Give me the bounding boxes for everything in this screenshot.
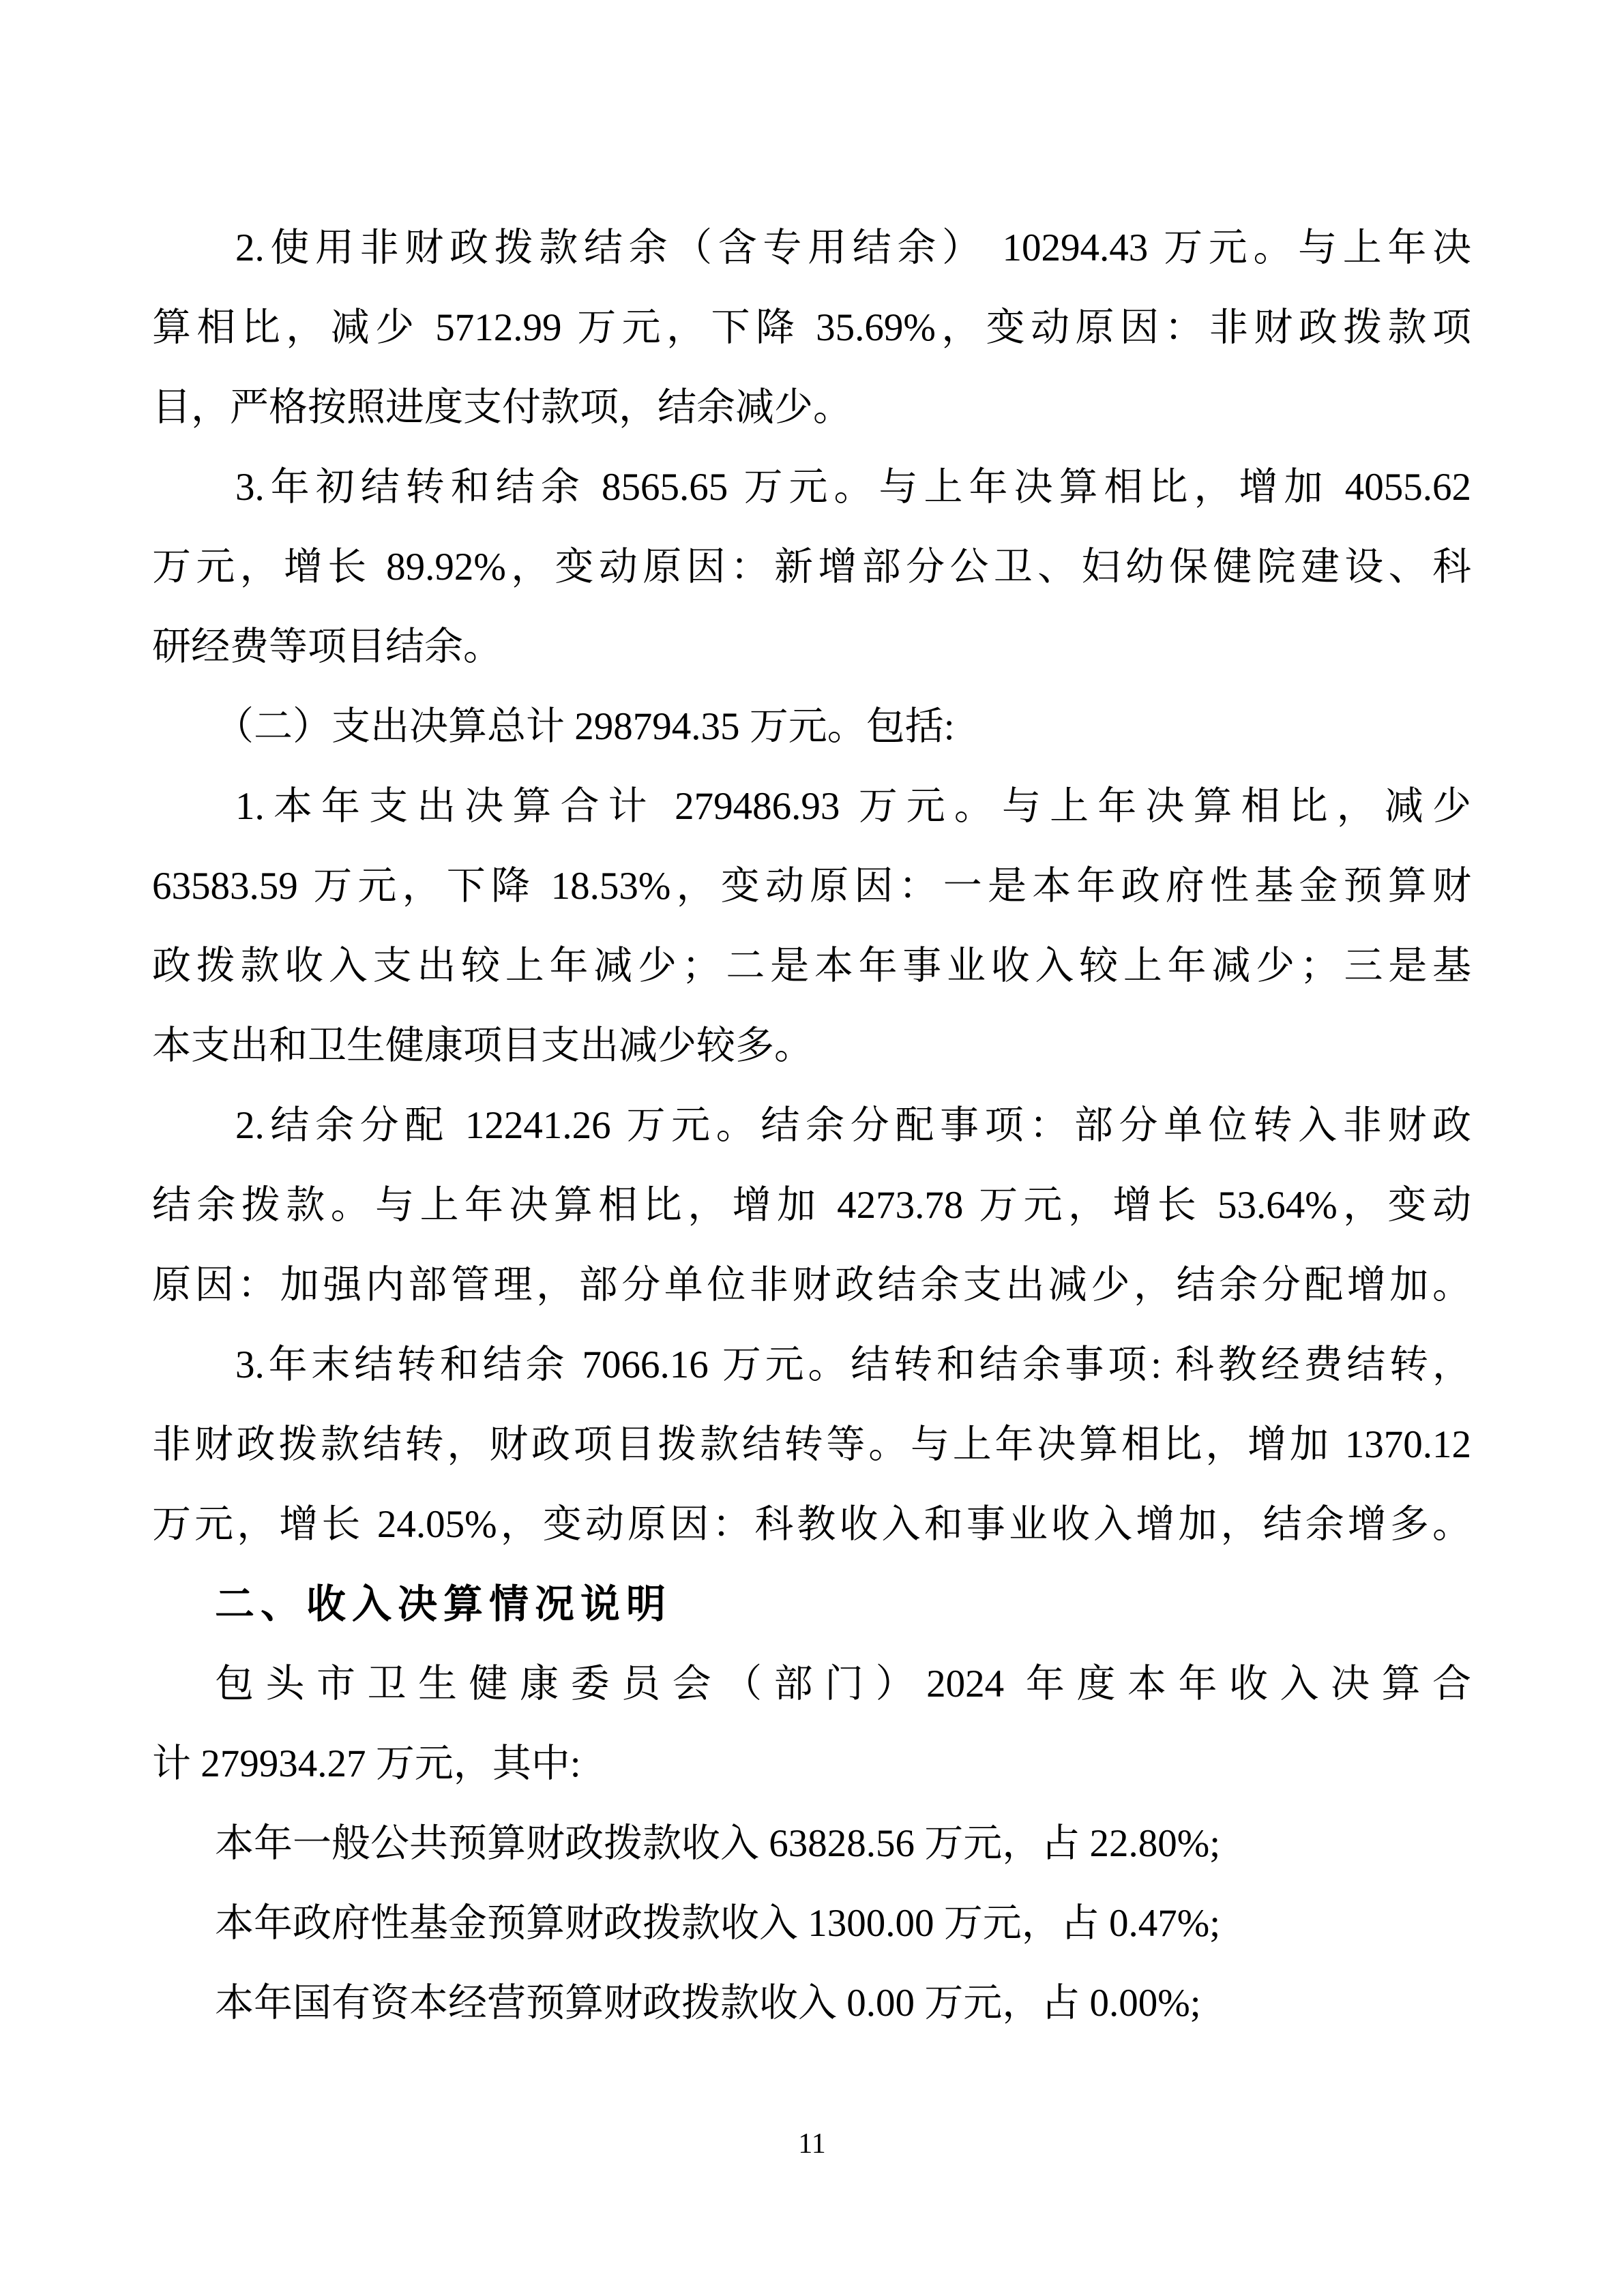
paragraph-line-8: 1.本年支出决算合计 279486.93 万元。与上年决算相比，减少 [152,766,1471,846]
paragraph-line-1: 2.使用非财政拨款结余（含专用结余） 10294.43 万元。与上年决 [152,208,1471,288]
subsection-title-line: （二）支出决算总计 298794.35 万元。包括: [152,687,1471,766]
paragraph-line-12: 2.结余分配 12241.26 万元。结余分配事项：部分单位转入非财政 [152,1086,1471,1165]
document-body: 2.使用非财政拨款结余（含专用结余） 10294.43 万元。与上年决 算相比，… [152,208,1471,2043]
paragraph-line-15: 3.年末结转和结余 7066.16 万元。结转和结余事项: 科教经费结转， [152,1325,1471,1405]
paragraph-line-11: 本支出和卫生健康项目支出减少较多。 [152,1006,1471,1086]
paragraph-line-6: 研经费等项目结余。 [152,607,1471,687]
paragraph-line-10: 政拨款收入支出较上年减少；二是本年事业收入较上年减少；三是基 [152,926,1471,1006]
paragraph-line-9: 63583.59 万元，下降 18.53%，变动原因：一是本年政府性基金预算财 [152,846,1471,926]
paragraph-line-5: 万元，增长 89.92%，变动原因：新增部分公卫、妇幼保健院建设、科 [152,527,1471,607]
paragraph-line-4: 3.年初结转和结余 8565.65 万元。与上年决算相比，增加 4055.62 [152,447,1471,527]
paragraph-line-23: 本年国有资本经营预算财政拨款收入 0.00 万元，占 0.00%; [152,1963,1471,2043]
document-page: 2.使用非财政拨款结余（含专用结余） 10294.43 万元。与上年决 算相比，… [0,0,1624,2296]
paragraph-line-22: 本年政府性基金预算财政拨款收入 1300.00 万元，占 0.47%; [152,1883,1471,1963]
paragraph-line-16: 非财政拨款结转，财政项目拨款结转等。与上年决算相比，增加 1370.12 [152,1405,1471,1485]
paragraph-line-20: 计 279934.27 万元，其中: [152,1724,1471,1804]
page-number: 11 [0,2126,1624,2162]
paragraph-line-3: 目，严格按照进度支付款项，结余减少。 [152,368,1471,447]
paragraph-line-14: 原因：加强内部管理，部分单位非财政结余支出减少，结余分配增加。 [152,1245,1471,1325]
paragraph-line-17: 万元，增长 24.05%，变动原因：科教收入和事业收入增加，结余增多。 [152,1485,1471,1564]
paragraph-line-13: 结余拨款。与上年决算相比，增加 4273.78 万元，增长 53.64%，变动 [152,1165,1471,1245]
paragraph-line-2: 算相比，减少 5712.99 万元，下降 35.69%，变动原因：非财政拨款项 [152,288,1471,368]
paragraph-line-19: 包头市卫生健康委员会（部门）2024 年度本年收入决算合 [152,1644,1471,1724]
paragraph-line-21: 本年一般公共预算财政拨款收入 63828.56 万元，占 22.80%; [152,1804,1471,1883]
section-heading: 二、收入决算情况说明 [152,1564,1471,1644]
